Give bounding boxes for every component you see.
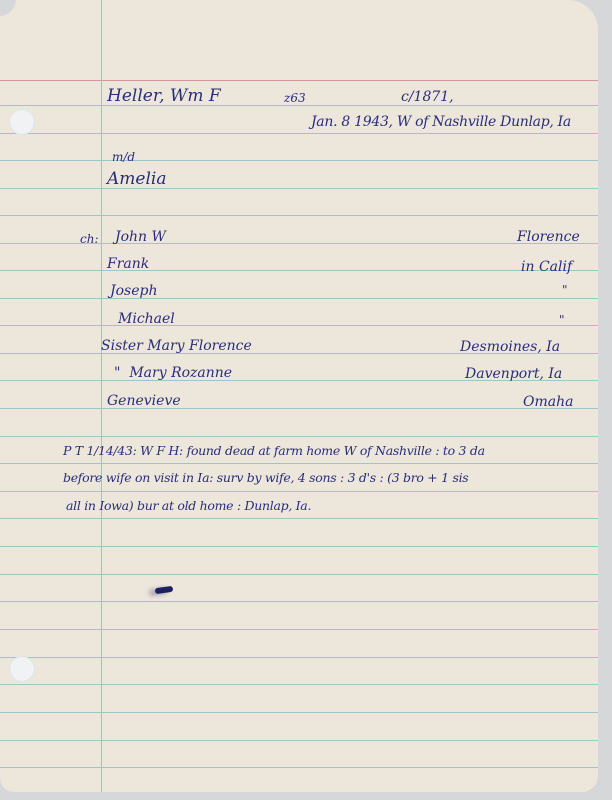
rule-line [0, 436, 598, 437]
child-name: John W [115, 230, 166, 244]
rule-line [0, 160, 598, 161]
spouse-name: Amelia [107, 171, 166, 188]
child-name: " Mary Rozanne [114, 366, 232, 380]
rule-line [0, 463, 598, 464]
rule-line [0, 215, 598, 216]
rule-line [0, 601, 598, 602]
child-name: Joseph [110, 284, 158, 298]
note-line: all in Iowa) bur at old home : Dunlap, I… [66, 500, 311, 513]
child-name: Frank [107, 257, 149, 271]
child-location: Davenport, Ia [465, 367, 562, 381]
note-line: before wife on visit in Ia: surv by wife… [63, 472, 468, 485]
child-location: in Calif [521, 260, 572, 274]
binder-hole [9, 656, 35, 682]
rule-line [0, 629, 598, 630]
birth-date: c/1871, [401, 90, 454, 104]
child-location: Omaha [523, 395, 573, 409]
notebook-page: Heller, Wm F z63 c/1871, Jan. 8 1943, W … [0, 0, 598, 792]
children-label: ch: [80, 233, 99, 245]
record-number: z63 [284, 92, 306, 104]
child-location: Desmoines, Ia [460, 340, 560, 354]
child-name: Sister Mary Florence [101, 339, 252, 353]
ink-blot [155, 586, 174, 594]
rule-line [0, 740, 598, 741]
rule-line [0, 298, 598, 299]
rule-line [0, 270, 598, 271]
rule-line [0, 518, 598, 519]
child-location: " [562, 284, 568, 296]
child-location: " [559, 314, 565, 326]
spouse-label: m/d [112, 151, 135, 163]
rule-line [0, 546, 598, 547]
rule-line [0, 133, 598, 134]
margin-line [101, 0, 102, 792]
rule-line [0, 657, 598, 658]
rule-line [0, 105, 598, 106]
rule-line [0, 684, 598, 685]
child-name: Genevieve [107, 394, 181, 408]
rule-line [0, 188, 598, 189]
rule-line [0, 408, 598, 409]
rule-line [0, 325, 598, 326]
torn-corner [0, 0, 16, 16]
child-location: Florence [517, 230, 580, 244]
death-record: Jan. 8 1943, W of Nashville Dunlap, Ia [311, 115, 571, 129]
header-rule [0, 80, 598, 81]
rule-line [0, 712, 598, 713]
rule-line [0, 491, 598, 492]
rule-line [0, 767, 598, 768]
person-name: Heller, Wm F [107, 88, 221, 105]
rule-line [0, 574, 598, 575]
note-line: P T 1/14/43: W F H: found dead at farm h… [63, 445, 485, 458]
binder-hole [9, 109, 35, 135]
child-name: Michael [118, 312, 175, 326]
